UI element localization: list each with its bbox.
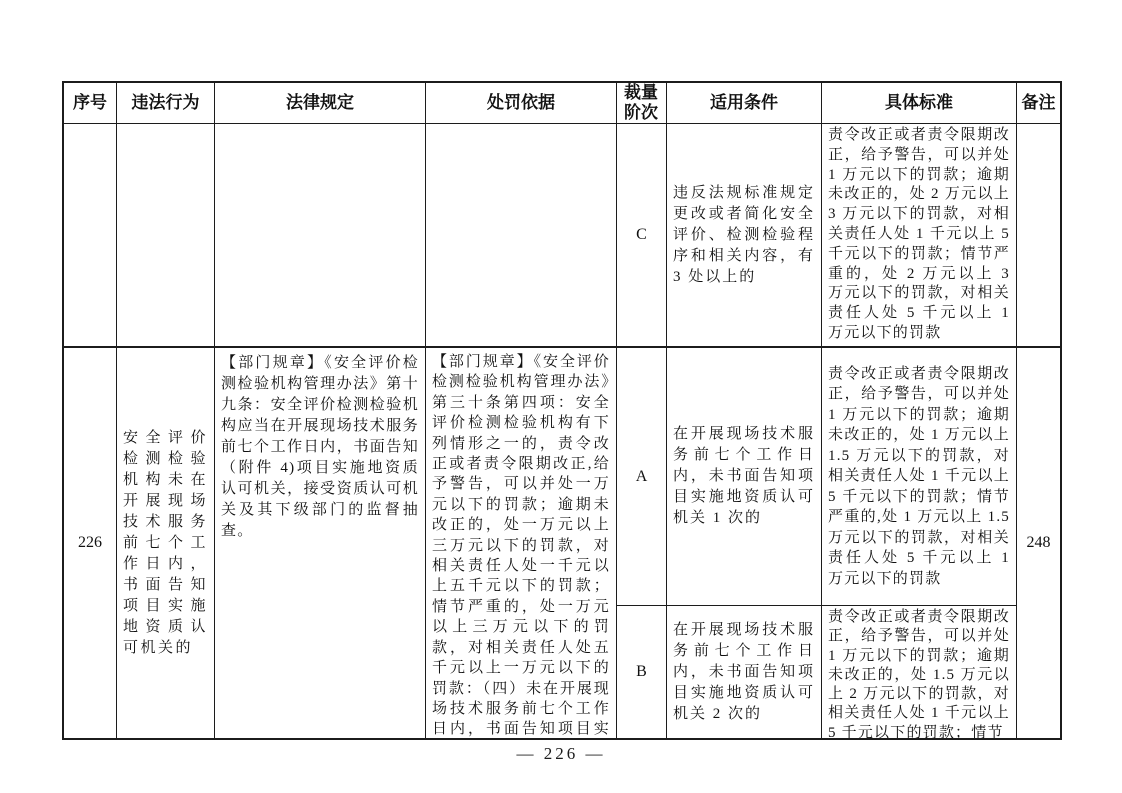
cell-remark-248: 248: [1017, 348, 1060, 738]
cell-illegal-act-226: 安全评价检测检验机构未在开展现场技术服务前七个工作日内，书面告知项目实施地资质认…: [117, 348, 215, 738]
col-header-penalty-basis: 处罚依据: [426, 83, 617, 124]
page-number: — 226 —: [0, 744, 1122, 764]
cell-discretion-level-a: A: [617, 348, 667, 606]
cell-discretion-level-c: C: [617, 124, 667, 348]
cell-penalty-basis-empty: [426, 124, 617, 348]
col-header-discretion-level: 裁量阶次: [617, 83, 667, 124]
standard-b-text: 责令改正或者责令限期改正，给予警告，可以并处 1 万元以下的罚款；逾期未改正的，…: [822, 606, 1016, 738]
illegal-act-text: 安全评价检测检验机构未在开展现场技术服务前七个工作日内，书面告知项目实施地资质认…: [117, 428, 214, 659]
cell-remark-empty: [1017, 124, 1060, 348]
condition-b-text: 在开展现场技术服务前七个工作日内，未书面告知项目实施地资质认可机关 2 次的: [667, 620, 821, 725]
cell-seq-226: 226: [64, 348, 117, 738]
cell-condition-a: 在开展现场技术服务前七个工作日内，未书面告知项目实施地资质认可机关 1 次的: [667, 348, 822, 606]
penalty-discretion-table: 序号 违法行为 法律规定 处罚依据 裁量阶次 适用条件 具体标准 备注 C 违反…: [62, 81, 1062, 740]
standard-c-text: 责令改正或者责令限期改正，给予警告，可以并处 1 万元以下的罚款；逾期未改正的，…: [822, 124, 1016, 344]
col-header-seq: 序号: [64, 83, 117, 124]
cell-seq-empty: [64, 124, 117, 348]
cell-penalty-basis-226: 【部门规章】《安全评价检测检验机构管理办法》第三十条第四项：安全评价检测检验机构…: [426, 348, 617, 738]
cell-standard-c: 责令改正或者责令限期改正，给予警告，可以并处 1 万元以下的罚款；逾期未改正的，…: [822, 124, 1017, 348]
condition-c-text: 违反法规标准规定更改或者简化安全评价、检测检验程序和相关内容，有 3 处以上的: [667, 183, 821, 288]
cell-condition-b: 在开展现场技术服务前七个工作日内，未书面告知项目实施地资质认可机关 2 次的: [667, 606, 822, 738]
cell-standard-b: 责令改正或者责令限期改正，给予警告，可以并处 1 万元以下的罚款；逾期未改正的，…: [822, 606, 1017, 738]
cell-standard-a: 责令改正或者责令限期改正，给予警告，可以并处 1 万元以下的罚款；逾期未改正的，…: [822, 348, 1017, 606]
standard-a-text: 责令改正或者责令限期改正，给予警告，可以并处 1 万元以下的罚款；逾期未改正的，…: [822, 364, 1016, 590]
col-header-applicable-condition: 适用条件: [667, 83, 822, 124]
cell-legal-provision-226: 【部门规章】《安全评价检测检验机构管理办法》第十九条：安全评价检测检验机构应当在…: [215, 348, 426, 738]
cell-discretion-level-b: B: [617, 606, 667, 738]
col-header-illegal-act: 违法行为: [117, 83, 215, 124]
cell-condition-c: 违反法规标准规定更改或者简化安全评价、检测检验程序和相关内容，有 3 处以上的: [667, 124, 822, 348]
col-header-legal-provision: 法律规定: [215, 83, 426, 124]
cell-legal-provision-empty: [215, 124, 426, 348]
condition-a-text: 在开展现场技术服务前七个工作日内，未书面告知项目实施地资质认可机关 1 次的: [667, 424, 821, 529]
legal-provision-text: 【部门规章】《安全评价检测检验机构管理办法》第十九条：安全评价检测检验机构应当在…: [215, 348, 425, 542]
penalty-basis-text: 【部门规章】《安全评价检测检验机构管理办法》第三十条第四项：安全评价检测检验机构…: [426, 348, 616, 738]
document-page: 序号 违法行为 法律规定 处罚依据 裁量阶次 适用条件 具体标准 备注 C 违反…: [0, 0, 1122, 793]
col-header-remark: 备注: [1017, 83, 1060, 124]
col-header-specific-standard: 具体标准: [822, 83, 1017, 124]
cell-illegal-act-empty: [117, 124, 215, 348]
